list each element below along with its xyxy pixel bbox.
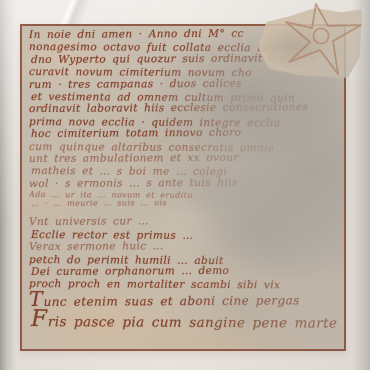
inscription-line: hoc cimiterium totam innovo choro [31, 126, 342, 140]
inscription-line: wol · s ermonis … s ante tuis hiis [29, 176, 342, 190]
inscription-line: … · … meurie … suis … ois [31, 197, 342, 208]
inscription-line: Vnt universis cur … [29, 214, 342, 228]
inscription-line: Dei curame orphanorum … demo [31, 264, 342, 278]
inscription-line: Fris pasce pia cum sangine pene marte [31, 310, 342, 334]
inscription-line: Verax sermone huic … [29, 239, 342, 253]
inscription-line: ordinavit laboravit hiis ecclesie consec… [29, 102, 342, 116]
inscription-line: Tunc etenim suas et aboni cine pergas [29, 289, 342, 310]
star-drawing [276, 0, 368, 82]
inscription-line: unt tres ambulationem et xx ovour [29, 151, 342, 165]
wall-photo: In noie dni amen · Anno dni M° cc nonage… [0, 0, 370, 370]
